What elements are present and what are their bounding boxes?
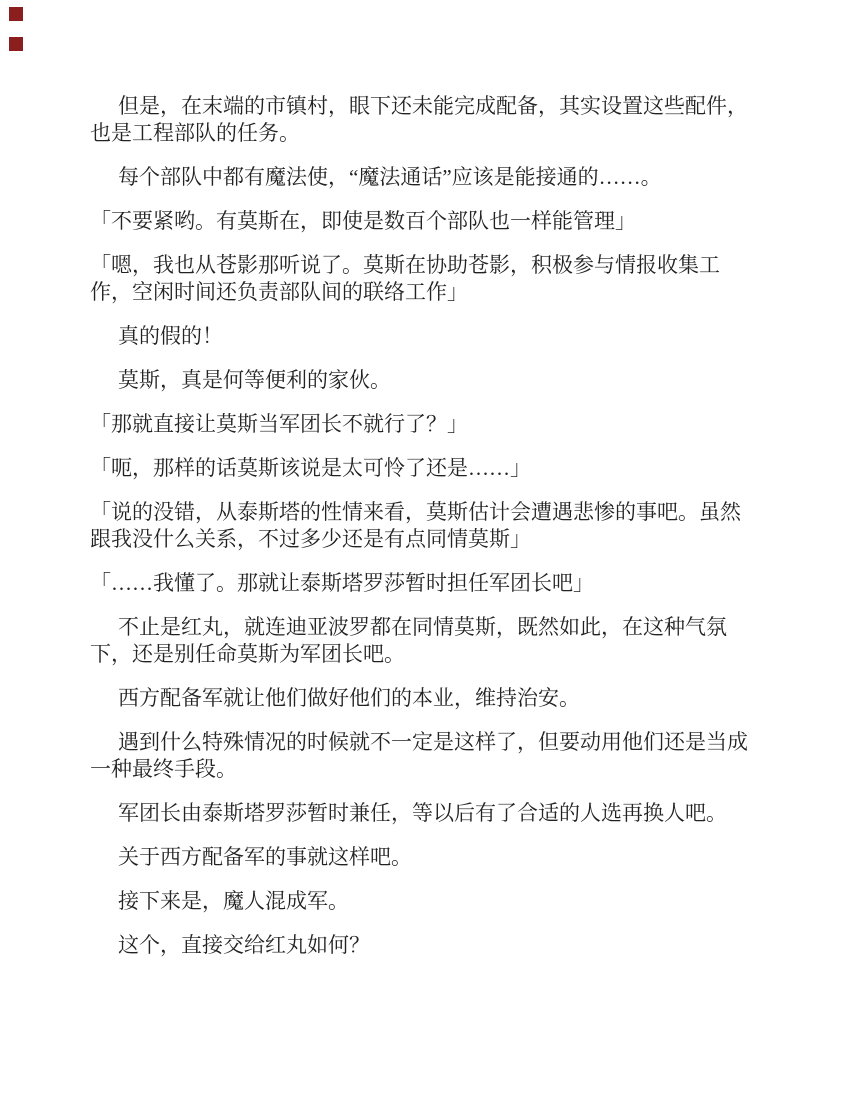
paragraph-4: 「嗯，我也从苍影那听说了。莫斯在协助苍影，积极参与情报收集工 作，空闲时间还负责… bbox=[90, 252, 762, 306]
paragraph-15: 关于西方配备军的事就这样吧。 bbox=[90, 844, 762, 871]
paragraph-7: 「那就直接让莫斯当军团长不就行了？」 bbox=[90, 411, 762, 438]
paragraph-5: 真的假的！ bbox=[90, 323, 762, 350]
paragraph-12: 西方配备军就让他们做好他们的本业，维持治安。 bbox=[90, 685, 762, 712]
paragraph-10: 「……我懂了。那就让泰斯塔罗莎暂时担任军团长吧」 bbox=[90, 570, 762, 597]
paragraph-3: 「不要紧哟。有莫斯在，即使是数百个部队也一样能管理」 bbox=[90, 208, 762, 235]
paragraph-1: 但是，在末端的市镇村，眼下还未能完成配备，其实设置这些配件， 也是工程部队的任务… bbox=[90, 93, 762, 147]
paragraph-16: 接下来是，魔人混成军。 bbox=[90, 888, 762, 915]
paragraph-14: 军团长由泰斯塔罗莎暂时兼任，等以后有了合适的人选再换人吧。 bbox=[90, 800, 762, 827]
page-content: 但是，在末端的市镇村，眼下还未能完成配备，其实设置这些配件， 也是工程部队的任务… bbox=[90, 93, 762, 976]
paragraph-8: 「呃，那样的话莫斯该说是太可怜了还是……」 bbox=[90, 455, 762, 482]
red-square-icon bbox=[9, 7, 23, 21]
red-square-icon bbox=[9, 37, 23, 51]
paragraph-11: 不止是红丸，就连迪亚波罗都在同情莫斯，既然如此，在这种气氛 下，还是别任命莫斯为… bbox=[90, 614, 762, 668]
paragraph-6: 莫斯，真是何等便利的家伙。 bbox=[90, 367, 762, 394]
paragraph-17: 这个，直接交给红丸如何？ bbox=[90, 932, 762, 959]
paragraph-9: 「说的没错，从泰斯塔的性情来看，莫斯估计会遭遇悲惨的事吧。虽然 跟我没什么关系，… bbox=[90, 499, 762, 553]
paragraph-2: 每个部队中都有魔法使，“魔法通话”应该是能接通的……。 bbox=[90, 164, 762, 191]
paragraph-13: 遇到什么特殊情况的时候就不一定是这样了，但要动用他们还是当成 一种最终手段。 bbox=[90, 729, 762, 783]
